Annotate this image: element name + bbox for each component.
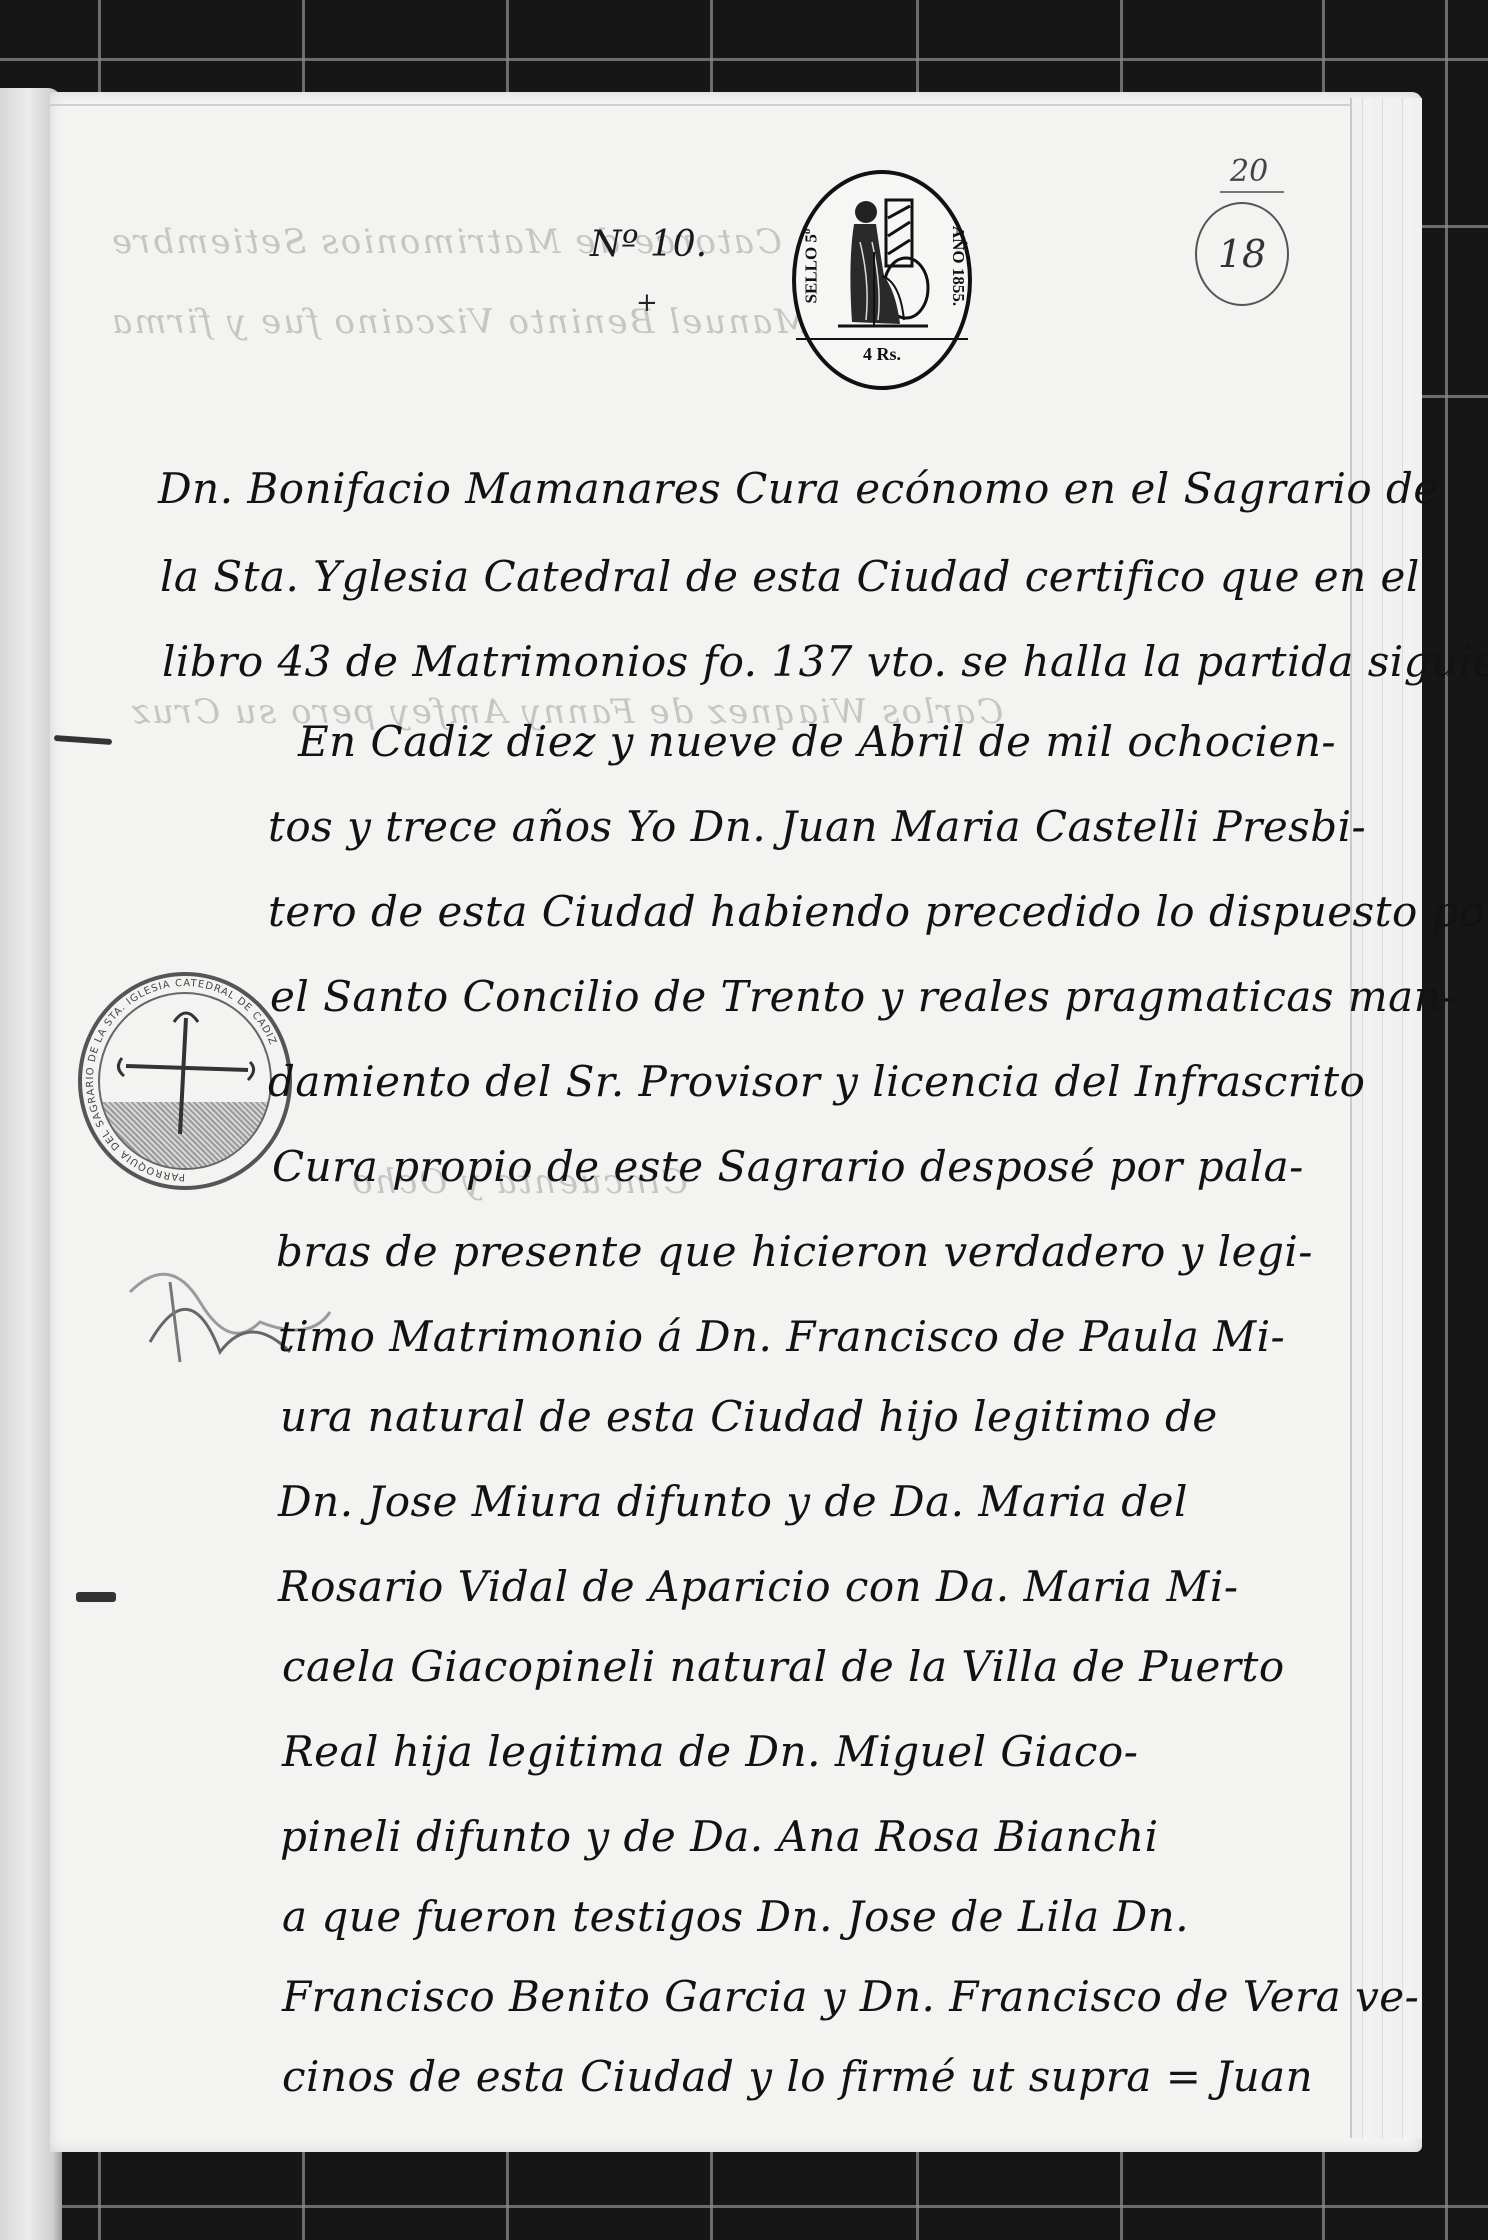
manuscript-line: la Sta. Yglesia Catedral de esta Ciudad … <box>160 552 1420 601</box>
cross-mark: + <box>636 288 658 318</box>
manuscript-line: a que fueron testigos Dn. Jose de Lila D… <box>282 1892 1189 1941</box>
manuscript-line: Rosario Vidal de Aparicio con Da. Maria … <box>278 1562 1239 1611</box>
binding-thread <box>76 1592 116 1602</box>
seal-emblem-area <box>98 992 272 1170</box>
grid-line <box>1445 0 1448 2240</box>
bleed-through-text: Tomo Catorce de Matrimonios Setiembre <box>110 222 896 262</box>
manuscript-line: bras de presente que hicieron verdadero … <box>276 1227 1313 1276</box>
folio-number-circled: 18 <box>1195 202 1289 306</box>
seated-hispania-figure-icon <box>830 192 934 332</box>
folio-number-small: 20 <box>1220 154 1284 193</box>
manuscript-line: Cura propio de este Sagrario desposé por… <box>272 1142 1304 1191</box>
folio-number-value: 18 <box>1218 232 1266 276</box>
manuscript-line: Real hija legitima de Dn. Miguel Giaco- <box>282 1727 1138 1776</box>
manuscript-line: En Cadiz diez y nueve de Abril de mil oc… <box>298 717 1336 766</box>
manuscript-line: tos y trece años Yo Dn. Juan Maria Caste… <box>268 802 1366 851</box>
manuscript-page: Tomo Catorce de Matrimonios Setiembre Ma… <box>50 92 1422 2152</box>
page-stack-edge <box>1350 98 1422 2138</box>
manuscript-line: pineli difunto y de Da. Ana Rosa Bianchi <box>280 1812 1159 1861</box>
manuscript-line: tero de esta Ciudad habiendo precedido l… <box>268 887 1488 936</box>
manuscript-line: caela Giacopineli natural de la Villa de… <box>282 1642 1285 1691</box>
manuscript-line: cinos de esta Ciudad y lo firmé ut supra… <box>282 2052 1313 2101</box>
manuscript-line: libro 43 de Matrimonios fo. 137 vto. se … <box>162 637 1488 686</box>
parish-seal: PARROQUIA DEL SAGRARIO DE LA STA. IGLESI… <box>78 972 292 1190</box>
manuscript-line: ura natural de esta Ciudad hijo legitimo… <box>280 1392 1218 1441</box>
manuscript-line: Dn. Jose Miura difunto y de Da. Maria de… <box>278 1477 1188 1526</box>
cross-icon <box>100 994 270 1168</box>
tax-stamp: SELLO 5º AÑO 1855. 4 Rs. <box>792 170 972 390</box>
document-number: Nº 10. <box>590 224 707 265</box>
stamp-value: 4 Rs. <box>796 338 968 365</box>
grid-line <box>0 2205 1488 2208</box>
stamp-seal-text: SELLO 5º <box>802 228 822 303</box>
bleed-through-text: Manuel Beninto Vizcaino fue y firma <box>110 302 809 342</box>
binding-thread <box>54 735 112 745</box>
manuscript-line: timo Matrimonio á Dn. Francisco de Paula… <box>278 1312 1285 1361</box>
manuscript-line: Francisco Benito Garcia y Dn. Francisco … <box>282 1972 1419 2021</box>
grid-line <box>0 58 1488 61</box>
page-top-edge <box>50 92 1422 106</box>
stamp-year-text: AÑO 1855. <box>948 226 968 306</box>
manuscript-line: damiento del Sr. Provisor y licencia del… <box>268 1057 1365 1106</box>
manuscript-line: Dn. Bonifacio Mamanares Cura ecónomo en … <box>158 464 1439 513</box>
manuscript-line: el Santo Concilio de Trento y reales pra… <box>270 972 1456 1021</box>
